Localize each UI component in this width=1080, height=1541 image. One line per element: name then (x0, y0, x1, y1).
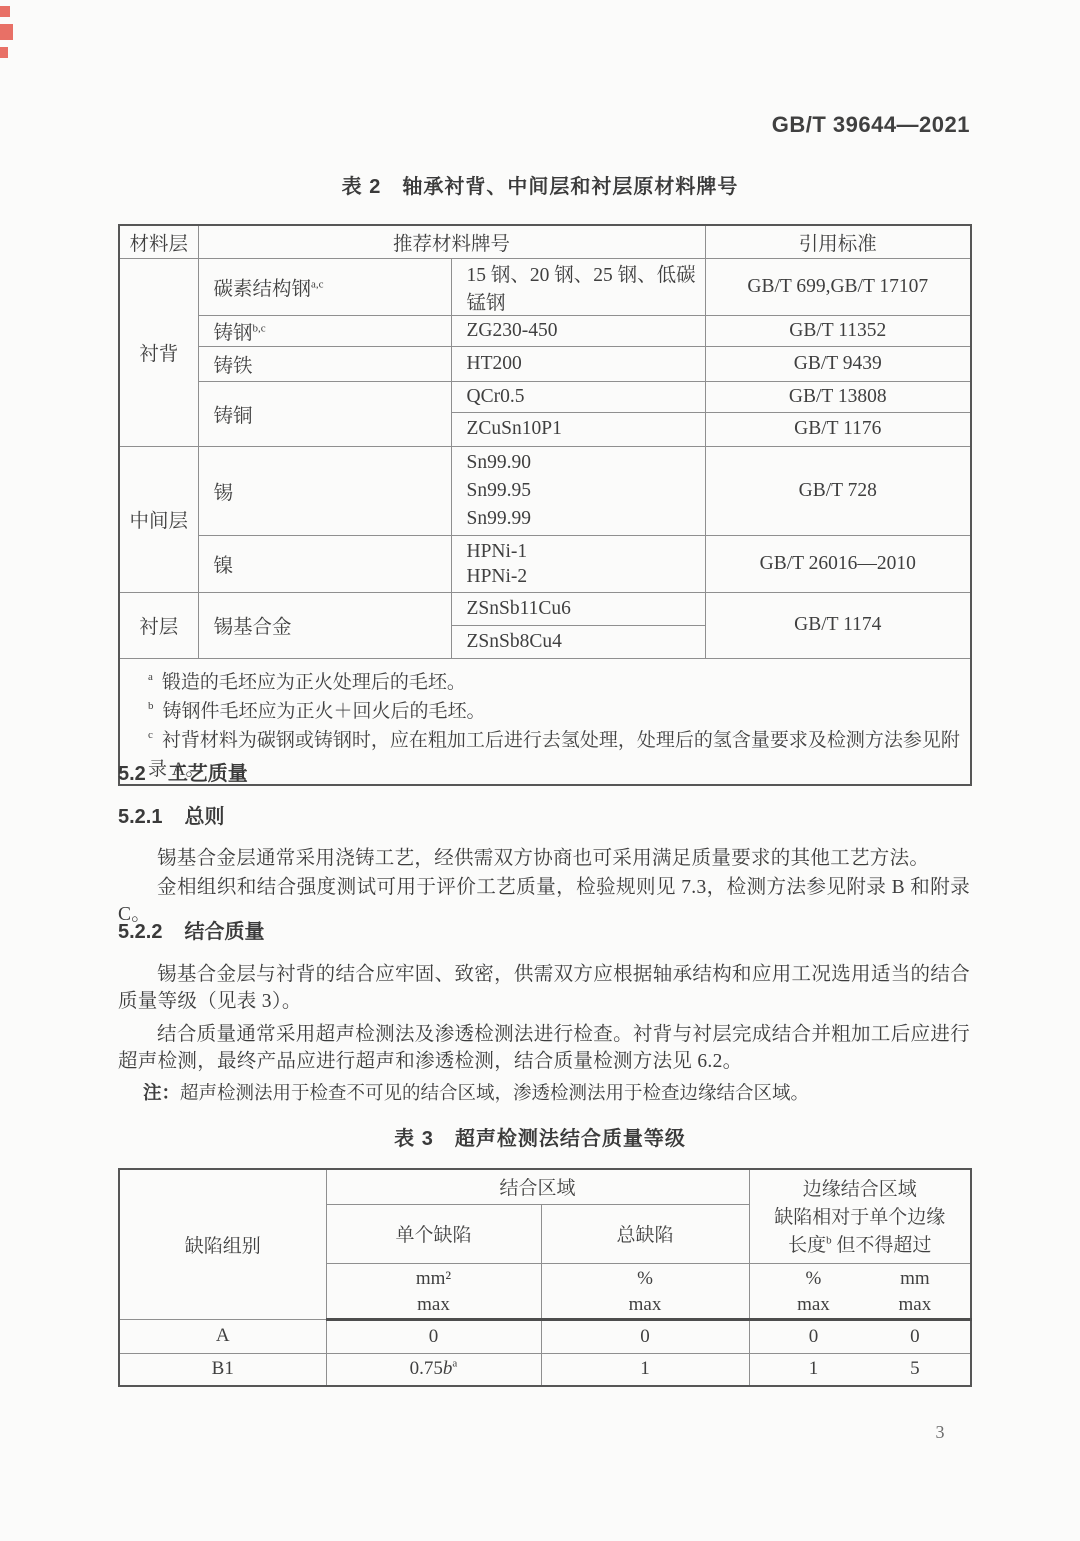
unit-label: % (750, 1266, 878, 1292)
section-heading-5-2-1: 5.2.1总则 (118, 800, 224, 829)
bond-area-header: 结合区域 (326, 1169, 749, 1204)
table-row: 中间层 锡 Sn99.90 Sn99.95 Sn99.99 GB/T 728 (119, 446, 971, 535)
edge-mm-value: 5 (877, 1358, 952, 1380)
footnote-text: 衬背材料为碳钢或铸钢时，应在粗加工后进行去氢处理，处理后的氢含量要求及检测方法参… (148, 730, 960, 780)
footnote: b铸钢件毛坯应为正火＋回火后的毛坯。 (148, 697, 960, 726)
table-row: 铸铁 HT200 GB/T 9439 (119, 346, 971, 381)
section-heading-5-2: 5.2工艺质量 (118, 757, 248, 786)
material-name-cell: 锡基合金 (198, 592, 451, 658)
footnote-marker: b (148, 700, 154, 712)
standard-cell: GB/T 11352 (705, 315, 971, 346)
total-defect-header: 总缺陷 (541, 1204, 749, 1263)
layer-middle-cell: 中间层 (119, 446, 198, 592)
paragraph: 锡基合金层与衬背的结合应牢固、致密，供需双方应根据轴承结构和应用工况选用适当的结… (118, 961, 970, 1015)
table2-header-row: 材料层 推荐材料牌号 引用标准 (119, 225, 971, 258)
single-defect-cell: 0 (326, 1319, 541, 1353)
grade-cell: 15 钢、20 钢、25 钢、低碳锰钢 (451, 258, 705, 315)
edge-header-text: 长度 (788, 1235, 826, 1256)
standard-cell: GB/T 1174 (705, 592, 971, 658)
table2-caption: 表 2 轴承衬背、中间层和衬层原材料牌号 (114, 170, 966, 199)
material-name-cell: 铸钢b,c (198, 315, 451, 346)
grade-line: Sn99.95 (467, 477, 705, 505)
note-line: 注：超声检测法用于检查不可见的结合区域，渗透检测法用于检查边缘结合区域。 (143, 1079, 973, 1105)
material-name-cell: 锡 (198, 446, 451, 535)
edge-header-line: 边缘结合区域 (750, 1176, 971, 1204)
standard-cell: GB/T 13808 (705, 381, 971, 412)
table-row: 衬背 碳素结构钢a,c 15 钢、20 钢、25 钢、低碳锰钢 GB/T 699… (119, 258, 971, 315)
unit-cell: mm² max (326, 1263, 541, 1319)
material-name-cell: 铸铜 (198, 381, 451, 446)
red-mark-icon (0, 47, 8, 58)
defect-group-header: 缺陷组别 (119, 1169, 326, 1319)
max-label: max (877, 1292, 952, 1318)
grade-cell: ZSnSb11Cu6 (451, 592, 705, 625)
note-text: 超声检测法用于检查不可见的结合区域，渗透检测法用于检查边缘结合区域。 (180, 1084, 809, 1104)
red-mark-icon (0, 24, 13, 40)
footnote-text: 铸钢件毛坯应为正火＋回火后的毛坯。 (163, 701, 486, 722)
grade-line: Sn99.99 (467, 505, 705, 533)
section-title: 结合质量 (184, 921, 264, 943)
grade-cell: QCr0.5 (451, 381, 705, 412)
standard-cell: GB/T 1176 (705, 412, 971, 446)
max-pair: maxmax (750, 1292, 971, 1318)
table3-header-row-1: 缺陷组别 结合区域 边缘结合区域 缺陷相对于单个边缘 长度b 但不得超过 (119, 1169, 971, 1204)
grade-cell: ZSnSb8Cu4 (451, 625, 705, 658)
footnote-marker: a (148, 671, 153, 683)
table-row: 衬层 锡基合金 ZSnSb11Cu6 GB/T 1174 (119, 592, 971, 625)
footnote: a锻造的毛坯应为正火处理后的毛坯。 (148, 668, 960, 697)
document-page: GB/T 39644—2021 表 2 轴承衬背、中间层和衬层原材料牌号 材料层… (0, 0, 1080, 1541)
table-row: 铸钢b,c ZG230-450 GB/T 11352 (119, 315, 971, 346)
value: 0 (429, 1326, 439, 1347)
section-number: 5.2.2 (118, 921, 162, 943)
grade-cell: HPNi-1 HPNi-2 (451, 535, 705, 592)
max-label: max (542, 1292, 749, 1318)
footnote-ref: b,c (253, 322, 266, 334)
unit-pair: %mm (750, 1266, 971, 1292)
layer-lining-cell: 衬层 (119, 592, 198, 658)
unit-cell: %mm maxmax (749, 1263, 971, 1319)
section-heading-5-2-2: 5.2.2结合质量 (118, 915, 264, 944)
footnote: c衬背材料为碳钢或铸钢时，应在粗加工后进行去氢处理，处理后的氢含量要求及检测方法… (148, 726, 960, 784)
grade-cell: HT200 (451, 346, 705, 381)
footnote-ref: a,c (311, 278, 324, 290)
table2-header-grade: 推荐材料牌号 (198, 225, 705, 258)
table3-quality-grades: 缺陷组别 结合区域 边缘结合区域 缺陷相对于单个边缘 长度b 但不得超过 单个缺… (118, 1168, 972, 1387)
total-defect-cell: 1 (541, 1353, 749, 1386)
material-name-cell: 镍 (198, 535, 451, 592)
max-label: max (327, 1292, 541, 1318)
scan-artifact-red-marks (0, 6, 13, 65)
edge-pair: 00 (750, 1326, 971, 1348)
section-title: 工艺质量 (168, 763, 248, 785)
table2-header-layer: 材料层 (119, 225, 198, 258)
material-name-cell: 碳素结构钢a,c (198, 258, 451, 315)
unit-label: % (542, 1266, 749, 1292)
defect-group-cell: B1 (119, 1353, 326, 1386)
edge-values-cell: 15 (749, 1353, 971, 1386)
standard-cell: GB/T 728 (705, 446, 971, 535)
edge-header-line: 长度b 但不得超过 (750, 1232, 971, 1260)
grade-cell: ZG230-450 (451, 315, 705, 346)
layer-backing-cell: 衬背 (119, 258, 198, 446)
table3-caption: 表 3 超声检测法结合质量等级 (114, 1122, 966, 1151)
edge-header-text: 但不得超过 (832, 1235, 932, 1256)
page-number: 3 (920, 1422, 960, 1443)
single-defect-cell: 0.75ba (326, 1353, 541, 1386)
footnote-marker: c (148, 729, 153, 741)
red-mark-icon (0, 6, 10, 17)
edge-values-cell: 00 (749, 1319, 971, 1353)
grade-line: HPNi-2 (467, 564, 705, 589)
table-row: 镍 HPNi-1 HPNi-2 GB/T 26016—2010 (119, 535, 971, 592)
section-number: 5.2.1 (118, 806, 162, 828)
unit-label: mm (877, 1266, 952, 1292)
grade-cell: ZCuSn10P1 (451, 412, 705, 446)
material-name: 碳素结构钢 (214, 279, 312, 300)
defect-group-cell: A (119, 1319, 326, 1353)
footnote-text: 锻造的毛坯应为正火处理后的毛坯。 (162, 672, 466, 693)
value-variable: b (443, 1358, 453, 1379)
section-title: 总则 (184, 806, 224, 828)
single-defect-header: 单个缺陷 (326, 1204, 541, 1263)
edge-mm-value: 0 (877, 1326, 952, 1348)
grade-line: Sn99.90 (467, 449, 705, 477)
max-label: max (750, 1292, 878, 1318)
footnote-ref: a (452, 1358, 457, 1370)
edge-pair: 15 (750, 1358, 971, 1380)
table-row: 铸铜 QCr0.5 GB/T 13808 (119, 381, 971, 412)
table2-header-standard: 引用标准 (705, 225, 971, 258)
grade-line: HPNi-1 (467, 539, 705, 564)
standard-cell: GB/T 9439 (705, 346, 971, 381)
paragraph: 锡基合金层通常采用浇铸工艺，经供需双方协商也可采用满足质量要求的其他工艺方法。 (118, 845, 970, 872)
grade-cell: Sn99.90 Sn99.95 Sn99.99 (451, 446, 705, 535)
standard-cell: GB/T 699,GB/T 17107 (705, 258, 971, 315)
unit-cell: % max (541, 1263, 749, 1319)
section-number: 5.2 (118, 763, 146, 785)
note-label: 注： (143, 1082, 180, 1103)
standard-cell: GB/T 26016—2010 (705, 535, 971, 592)
edge-pct-value: 1 (750, 1358, 878, 1380)
edge-pct-value: 0 (750, 1326, 878, 1348)
value: 0.75 (410, 1358, 443, 1379)
table-row: A 0 0 00 (119, 1319, 971, 1353)
edge-area-header: 边缘结合区域 缺陷相对于单个边缘 长度b 但不得超过 (749, 1169, 971, 1263)
standard-number-header: GB/T 39644—2021 (0, 112, 970, 138)
table2-materials: 材料层 推荐材料牌号 引用标准 衬背 碳素结构钢a,c 15 钢、20 钢、25… (118, 224, 972, 786)
paragraph: 结合质量通常采用超声检测法及渗透检测法进行检查。衬背与衬层完成结合并粗加工后应进… (118, 1021, 970, 1075)
material-name: 铸钢 (214, 323, 253, 344)
unit-label: mm² (327, 1266, 541, 1292)
table-row: B1 0.75ba 1 15 (119, 1353, 971, 1386)
edge-header-line: 缺陷相对于单个边缘 (750, 1204, 971, 1232)
material-name-cell: 铸铁 (198, 346, 451, 381)
total-defect-cell: 0 (541, 1319, 749, 1353)
